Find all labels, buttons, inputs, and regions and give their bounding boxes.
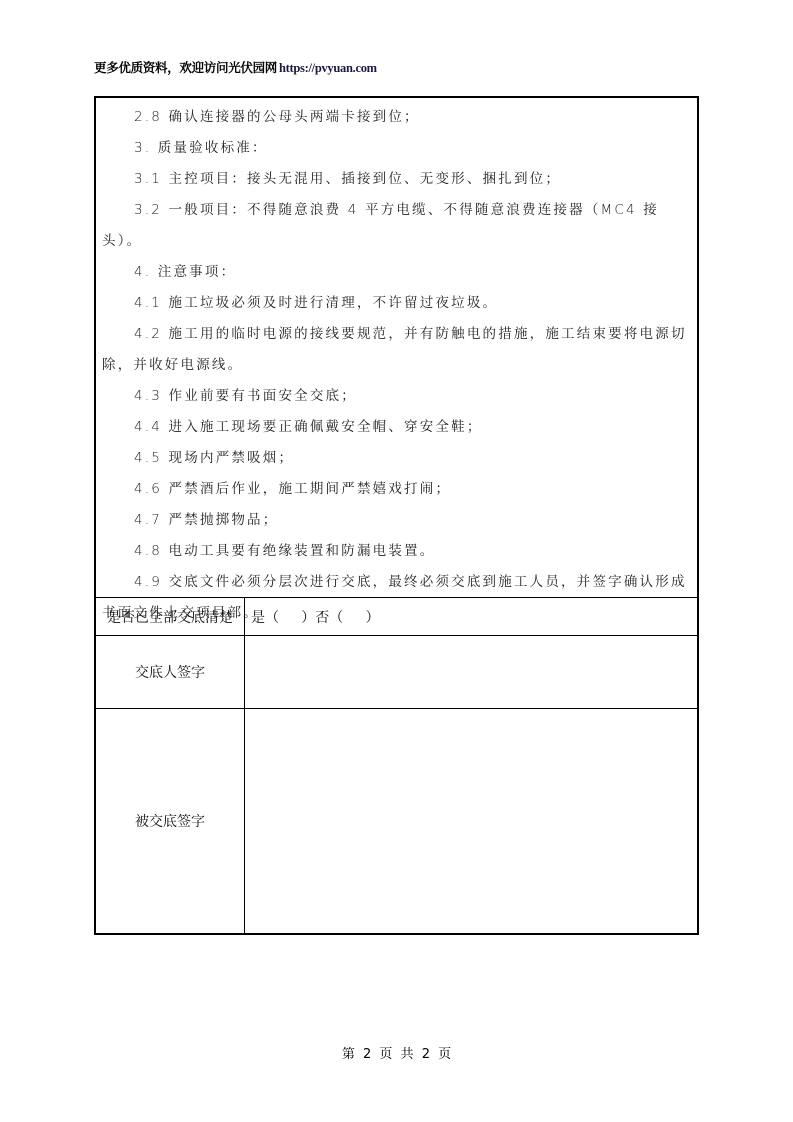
page-header: 更多优质资料，欢迎访问光伏园网https://pvyuan.com	[94, 58, 377, 76]
paragraph-4-4: 4.4 进入施工现场要正确佩戴安全帽、穿安全鞋；	[102, 412, 691, 443]
paragraph-4-7: 4.7 严禁抛掷物品；	[102, 505, 691, 536]
paragraph-2-8: 2.8 确认连接器的公母头两端卡接到位；	[102, 102, 691, 133]
promo-text: 更多优质资料，欢迎访问光伏园网	[94, 60, 277, 75]
briefer-signature-label: 交底人签字	[96, 636, 245, 708]
briefer-signature-row: 交底人签字	[96, 635, 697, 708]
recipient-signature-label: 被交底签字	[96, 709, 245, 933]
content-cell: 2.8 确认连接器的公母头两端卡接到位； 3. 质量验收标准： 3.1 主控项目…	[96, 98, 697, 597]
paragraph-4-5: 4.5 现场内严禁吸烟；	[102, 443, 691, 474]
paragraph-4-3: 4.3 作业前要有书面安全交底；	[102, 381, 691, 412]
briefing-table: 2.8 确认连接器的公母头两端卡接到位； 3. 质量验收标准： 3.1 主控项目…	[94, 96, 699, 935]
briefing-complete-row: 是否已全部交底清楚 是（ ）否（ ）	[96, 597, 697, 635]
recipient-signature-field[interactable]	[245, 709, 697, 933]
paragraph-4-1: 4.1 施工垃圾必须及时进行清理，不许留过夜垃圾。	[102, 288, 691, 319]
briefing-complete-field[interactable]: 是（ ）否（ ）	[245, 598, 697, 635]
page-number: 第 2 页 共 2 页	[0, 1043, 793, 1062]
paragraph-4-8: 4.8 电动工具要有绝缘装置和防漏电装置。	[102, 536, 691, 567]
paragraph-3: 3. 质量验收标准：	[102, 133, 691, 164]
recipient-signature-row: 被交底签字	[96, 708, 697, 933]
paragraph-4-6: 4.6 严禁酒后作业，施工期间严禁嬉戏打闹；	[102, 474, 691, 505]
briefer-signature-field[interactable]	[245, 636, 697, 708]
paragraph-4-2: 4.2 施工用的临时电源的接线要规范，并有防触电的措施，施工结束要将电源切除，并…	[102, 319, 691, 381]
briefing-complete-label: 是否已全部交底清楚	[96, 598, 245, 635]
paragraph-3-1: 3.1 主控项目：接头无混用、插接到位、无变形、捆扎到位；	[102, 164, 691, 195]
paragraph-4: 4. 注意事项：	[102, 257, 691, 288]
site-url-link[interactable]: https://pvyuan.com	[279, 61, 377, 75]
paragraph-3-2: 3.2 一般项目：不得随意浪费 4 平方电缆、不得随意浪费连接器（MC4 接头）…	[102, 195, 691, 257]
